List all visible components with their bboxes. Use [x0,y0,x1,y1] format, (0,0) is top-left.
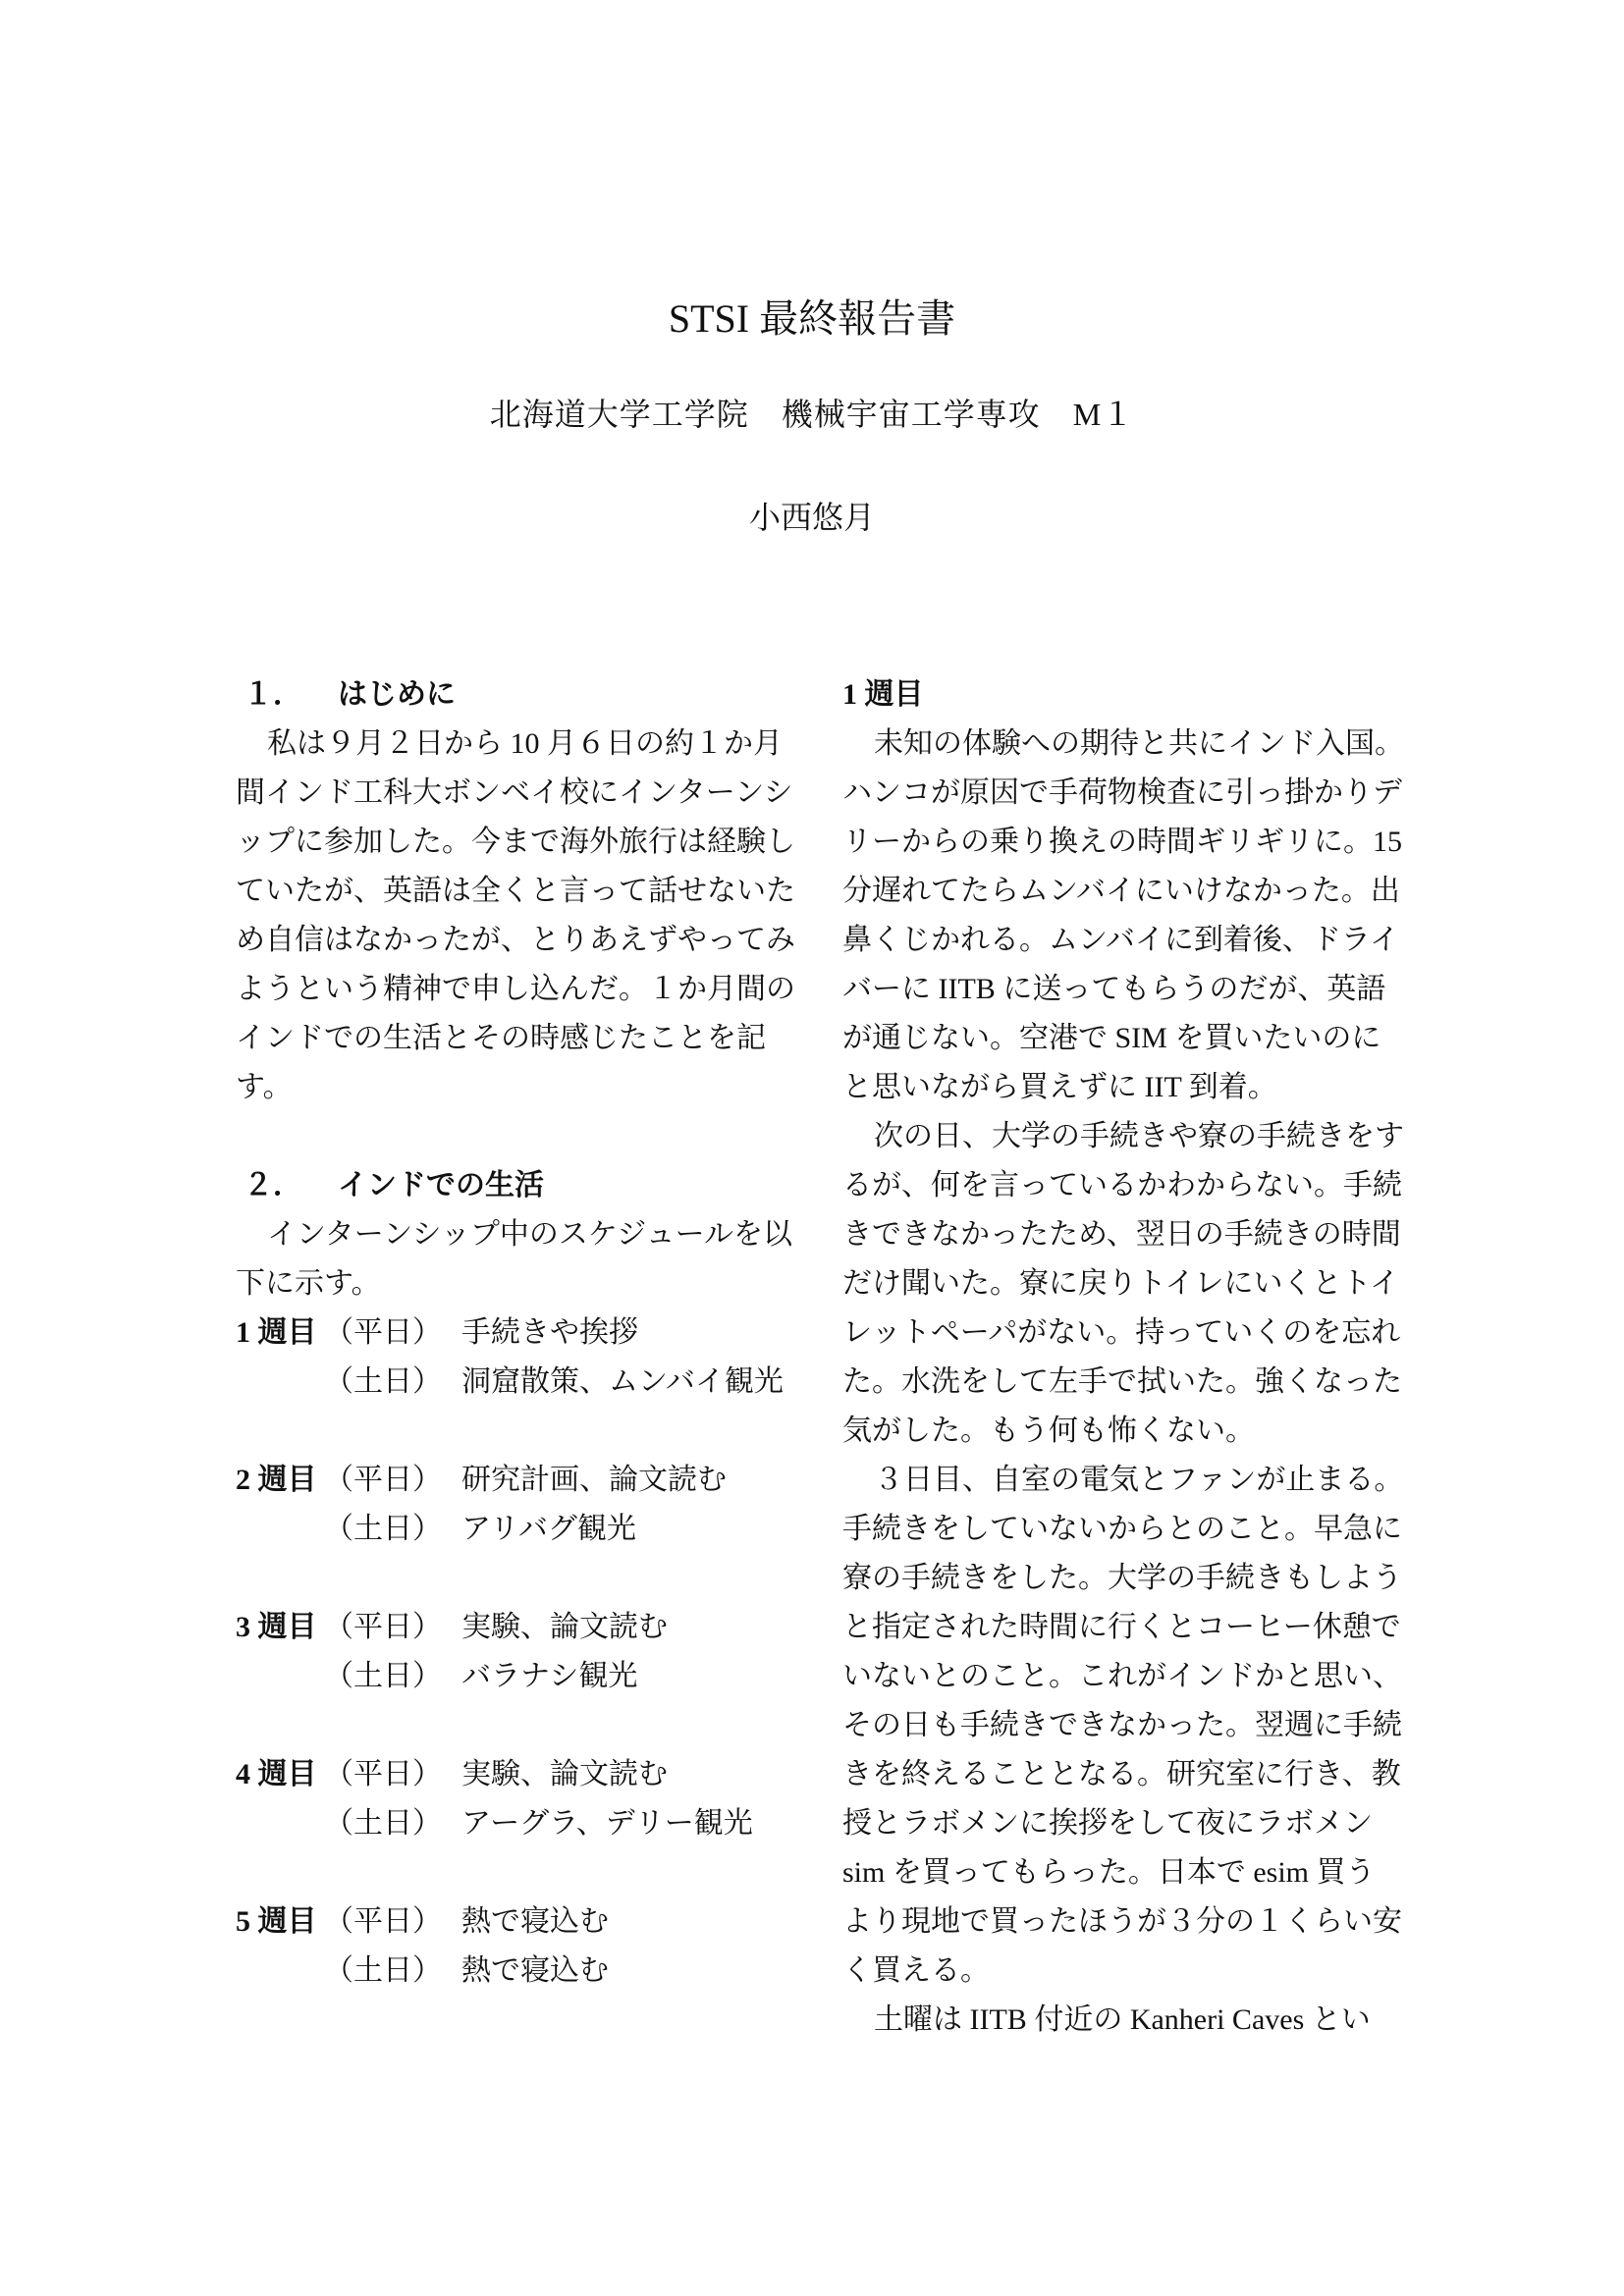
text-line: す。 [236,1063,785,1112]
schedule-row-weekday: 4 週目 （平日） 実験、論文読む [236,1750,785,1799]
paragraph-saturday: 土曜は IITB 付近の Kanheri Caves とい [842,1996,1392,2045]
paragraph-arrival: 未知の体験への期待と共にインド入国。 ハンコが原因で手荷物検査に引っ掛かりデ リ… [842,720,1392,1112]
left-column: １．はじめに 私は９月２日から 10 月６日の約１か月 間インド工科大ボンベイ校… [236,670,785,1996]
text-line: 次の日、大学の手続きや寮の手続きをす [842,1112,1392,1161]
text-line: るが、何を言っているかわからない。手続 [842,1161,1392,1210]
text-line: と指定された時間に行くとコーヒー休憩で [842,1603,1392,1652]
schedule-activity: アリバグ観光 [461,1505,785,1554]
schedule-activity: 熱で寝込む [461,1947,785,1996]
text-line: 土曜は IITB 付近の Kanheri Caves とい [842,1996,1392,2045]
text-line: 気がした。もう何も怖くない。 [842,1407,1392,1456]
text-line: バーに IITB に送ってもらうのだが、英語 [842,965,1392,1014]
schedule-activity: 実験、論文読む [461,1603,785,1652]
spacer [236,1848,785,1897]
text-line: sim を買ってもらった。日本で esim 買う [842,1848,1392,1897]
text-line: きを終えることとなる。研究室に行き、教 [842,1750,1392,1799]
schedule-activity: 手続きや挨拶 [461,1308,785,1358]
document-page: STSI 最終報告書 北海道大学工学院 機械宇宙工学専攻 M１ 小西悠月 １．は… [0,0,1624,2296]
section-heading-introduction: １．はじめに [236,670,785,720]
text-line: 寮の手続きをした。大学の手続きもしよう [842,1554,1392,1603]
schedule-row-weekday: 5 週目 （平日） 熱で寝込む [236,1897,785,1947]
schedule-day-type: （平日） [324,1897,461,1947]
schedule-row-weekend: （土日） 熱で寝込む [236,1947,785,1996]
introduction-paragraph: 私は９月２日から 10 月６日の約１か月 間インド工科大ボンベイ校にインターンシ… [236,720,785,1112]
text-line: く買える。 [842,1947,1392,1996]
schedule-day-type: （平日） [324,1308,461,1358]
schedule-activity: 実験、論文読む [461,1750,785,1799]
spacer [236,1701,785,1750]
schedule-row-weekend: （土日） アーグラ、デリー観光 [236,1799,785,1848]
schedule-activity: 研究計画、論文読む [461,1456,785,1505]
spacer [236,1112,785,1161]
schedule-intro-paragraph: インターンシップ中のスケジュールを以 下に示す。 [236,1210,785,1308]
paragraph-next-day: 次の日、大学の手続きや寮の手続きをす るが、何を言っているかわからない。手続 き… [842,1112,1392,1456]
text-line: 分遅れてたらムンバイにいけなかった。出 [842,867,1392,916]
right-column: 1 週目 未知の体験への期待と共にインド入国。 ハンコが原因で手荷物検査に引っ掛… [842,670,1392,2045]
text-line: 間インド工科大ボンベイ校にインターンシ [236,769,785,818]
schedule-day-type: （土日） [324,1358,461,1407]
text-line: より現地で買ったほうが３分の１くらい安 [842,1897,1392,1947]
schedule-day-type: （平日） [324,1750,461,1799]
text-line: ていたが、英語は全くと言って話せないた [236,867,785,916]
text-line: 鼻くじかれる。ムンバイに到着後、ドライ [842,916,1392,965]
text-line: ップに参加した。今まで海外旅行は経験し [236,818,785,867]
text-line: ３日目、自室の電気とファンが止まる。 [842,1456,1392,1505]
text-line: きできなかったため、翌日の手続きの時間 [842,1210,1392,1259]
text-line: だけ聞いた。寮に戻りトイレにいくとトイ [842,1259,1392,1308]
schedule-day-type: （土日） [324,1947,461,1996]
text-line: ようという精神で申し込んだ。１か月間の [236,965,785,1014]
schedule-activity: 洞窟散策、ムンバイ観光 [461,1358,785,1407]
schedule-row-weekday: 2 週目 （平日） 研究計画、論文読む [236,1456,785,1505]
schedule-activity: アーグラ、デリー観光 [461,1799,785,1848]
text-line: レットペーパがない。持っていくのを忘れ [842,1308,1392,1358]
author-name: 小西悠月 [0,496,1624,539]
section-number: ２． [236,1161,338,1210]
section-number: １． [236,670,338,720]
text-line: 私は９月２日から 10 月６日の約１か月 [236,720,785,769]
schedule-week: 3 週目 [236,1603,324,1652]
document-title: STSI 最終報告書 [0,294,1624,344]
text-line: インターンシップ中のスケジュールを以 [236,1210,785,1259]
text-line: インドでの生活とその時感じたことを記 [236,1014,785,1063]
schedule-day-type: （土日） [324,1652,461,1701]
schedule-week: 2 週目 [236,1456,324,1505]
schedule-row-weekend: （土日） アリバグ観光 [236,1505,785,1554]
schedule-row-weekend: （土日） バラナシ観光 [236,1652,785,1701]
paragraph-third-day: ３日目、自室の電気とファンが止まる。 手続きをしていないからとのこと。早急に 寮… [842,1456,1392,1996]
schedule-week: 5 週目 [236,1897,324,1947]
schedule-day-type: （平日） [324,1456,461,1505]
text-line: た。水洗をして左手で拭いた。強くなった [842,1358,1392,1407]
text-line: が通じない。空港で SIM を買いたいのに [842,1014,1392,1063]
section-heading-life-in-india: ２．インドでの生活 [236,1161,785,1210]
text-line: 未知の体験への期待と共にインド入国。 [842,720,1392,769]
schedule-row-weekday: 1 週目 （平日） 手続きや挨拶 [236,1308,785,1358]
text-line: 授とラボメンに挨拶をして夜にラボメン [842,1799,1392,1848]
schedule-week: 4 週目 [236,1750,324,1799]
schedule-day-type: （平日） [324,1603,461,1652]
subheading-week-1: 1 週目 [842,670,1392,720]
text-line: リーからの乗り換えの時間ギリギリに。15 [842,818,1392,867]
section-title: インドでの生活 [338,1169,544,1201]
schedule-activity: バラナシ観光 [461,1652,785,1701]
text-line: その日も手続きできなかった。翌週に手続 [842,1701,1392,1750]
schedule-row-weekend: （土日） 洞窟散策、ムンバイ観光 [236,1358,785,1407]
schedule-list: 1 週目 （平日） 手続きや挨拶 （土日） 洞窟散策、ムンバイ観光 2 週目 （… [236,1308,785,1996]
text-line: いないとのこと。これがインドかと思い、 [842,1652,1392,1701]
text-line: と思いながら買えずに IIT 到着。 [842,1063,1392,1112]
spacer [236,1407,785,1456]
author-affiliation: 北海道大学工学院 機械宇宙工学専攻 M１ [0,393,1624,436]
schedule-day-type: （土日） [324,1799,461,1848]
spacer [236,1554,785,1603]
section-title: はじめに [338,678,456,711]
text-line: め自信はなかったが、とりあえずやってみ [236,916,785,965]
schedule-row-weekday: 3 週目 （平日） 実験、論文読む [236,1603,785,1652]
text-line: ハンコが原因で手荷物検査に引っ掛かりデ [842,769,1392,818]
text-line: 下に示す。 [236,1259,785,1308]
text-line: 手続きをしていないからとのこと。早急に [842,1505,1392,1554]
schedule-day-type: （土日） [324,1505,461,1554]
schedule-week: 1 週目 [236,1308,324,1358]
schedule-activity: 熱で寝込む [461,1897,785,1947]
